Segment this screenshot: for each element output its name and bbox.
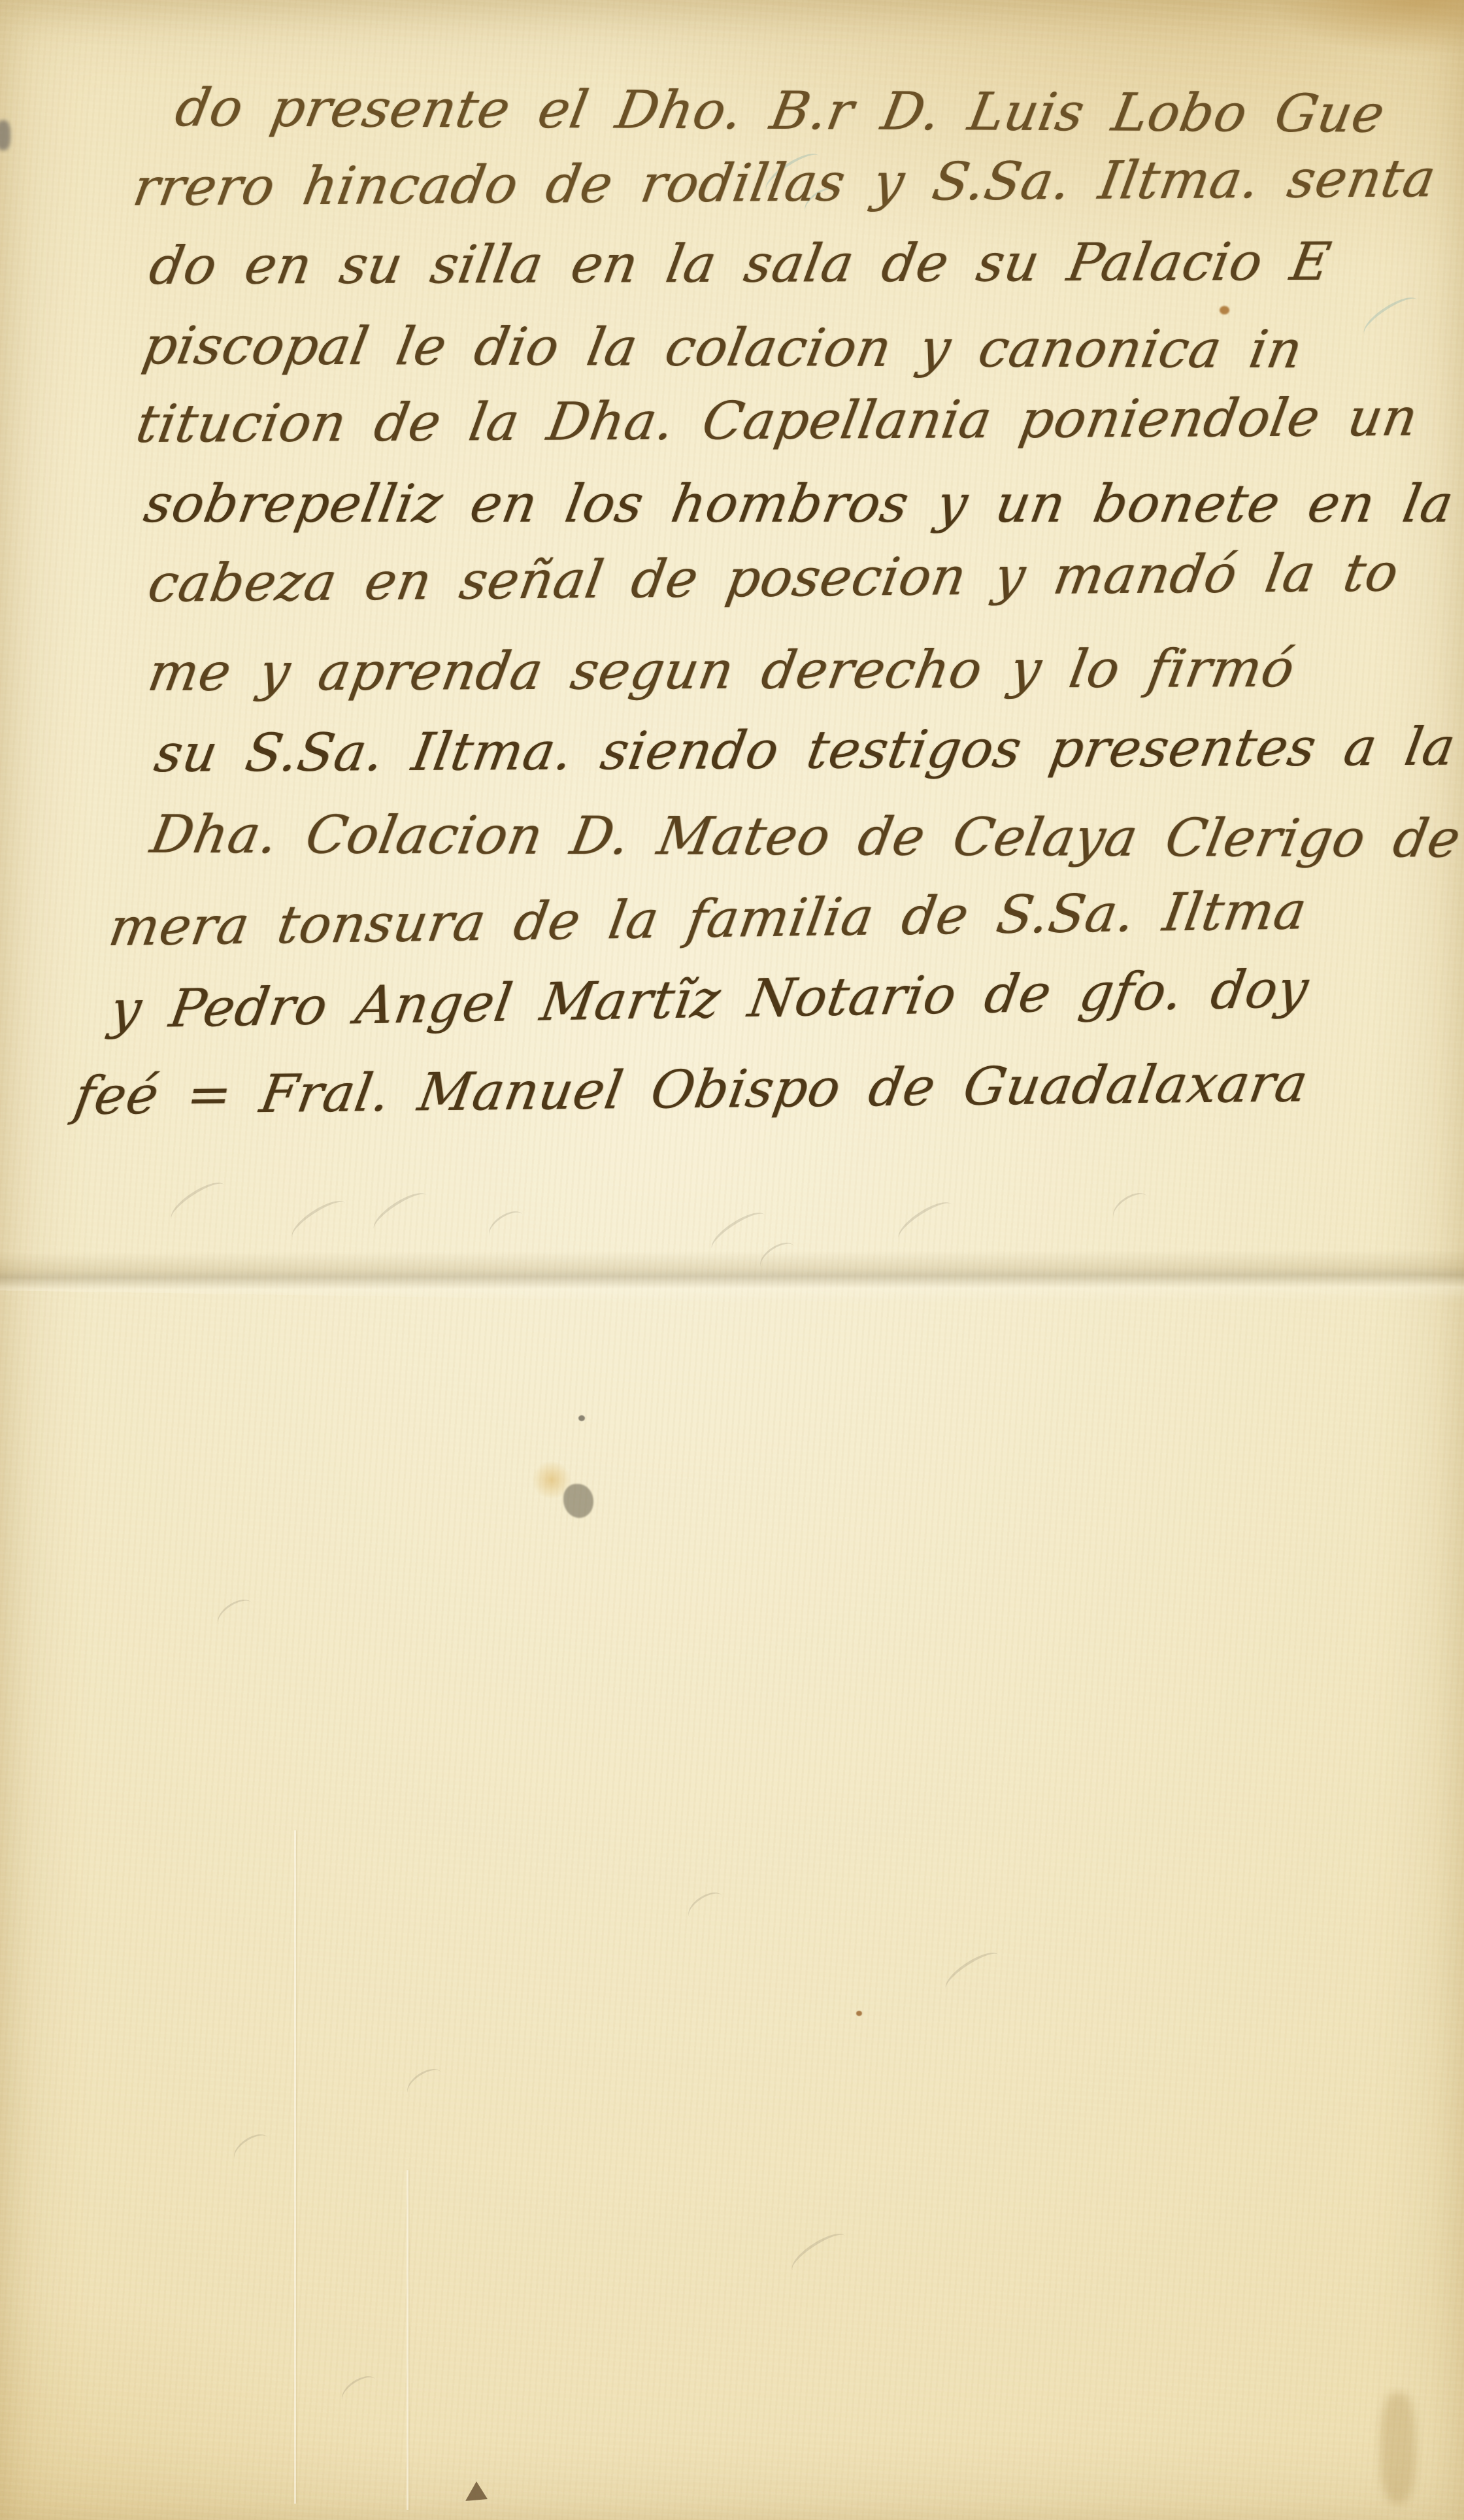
- corner-tan-stain: [1268, 0, 1464, 56]
- manuscript-line-5: titucion de la Dha. Capellania poniendol…: [132, 387, 1422, 454]
- manuscript-line-12: y Pedro Angel Martĩz Notario de gfo. doy: [107, 958, 1313, 1040]
- left-edge-smudge: [0, 120, 10, 150]
- manuscript-page: do presente el Dho. B.r D. Luis Lobo Gue…: [0, 0, 1464, 2520]
- manuscript-line-10: Dha. Colacion D. Mateo de Celaya Clerigo…: [146, 804, 1464, 869]
- manuscript-line-2: rrero hincado de rodillas y S.Sa. Iltma.…: [129, 148, 1440, 218]
- manuscript-line-8: me y aprenda segun derecho y lo firmó: [144, 638, 1299, 703]
- ink-speck: [578, 1415, 585, 1421]
- vertical-crease: [294, 1830, 296, 2504]
- grey-ink-blot: [563, 1484, 593, 1518]
- manuscript-line-1: do presente el Dho. B.r D. Luis Lobo Gue: [171, 77, 1390, 144]
- rust-stain: [1220, 306, 1229, 314]
- paper-shadow: do presente el Dho. B.r D. Luis Lobo Gue…: [0, 0, 1464, 2520]
- bottom-edge-spot: [465, 2481, 488, 2501]
- manuscript-line-7: cabeza en señal de posecion y mandó la t…: [144, 542, 1403, 614]
- manuscript-line-9: su S.Sa. Iltma. siendo testigos presente…: [150, 716, 1460, 784]
- bottom-right-streak: [1380, 2393, 1416, 2504]
- rust-dot: [856, 2011, 862, 2016]
- manuscript-line-3: do en su silla en la sala de su Palacio …: [145, 231, 1335, 296]
- manuscript-line-4: piscopal le dio la colacion y canonica i…: [139, 315, 1308, 380]
- manuscript-line-11: mera tonsura de la familia de S.Sa. Iltm…: [105, 880, 1311, 958]
- manuscript-line-6: sobrepelliz en los hombros y un bonete e…: [140, 473, 1458, 534]
- vertical-crease: [407, 2170, 408, 2510]
- scanned-manuscript: do presente el Dho. B.r D. Luis Lobo Gue…: [0, 0, 1464, 2520]
- manuscript-line-13: feé = Fral. Manuel Obispo de Guadalaxara: [70, 1052, 1312, 1126]
